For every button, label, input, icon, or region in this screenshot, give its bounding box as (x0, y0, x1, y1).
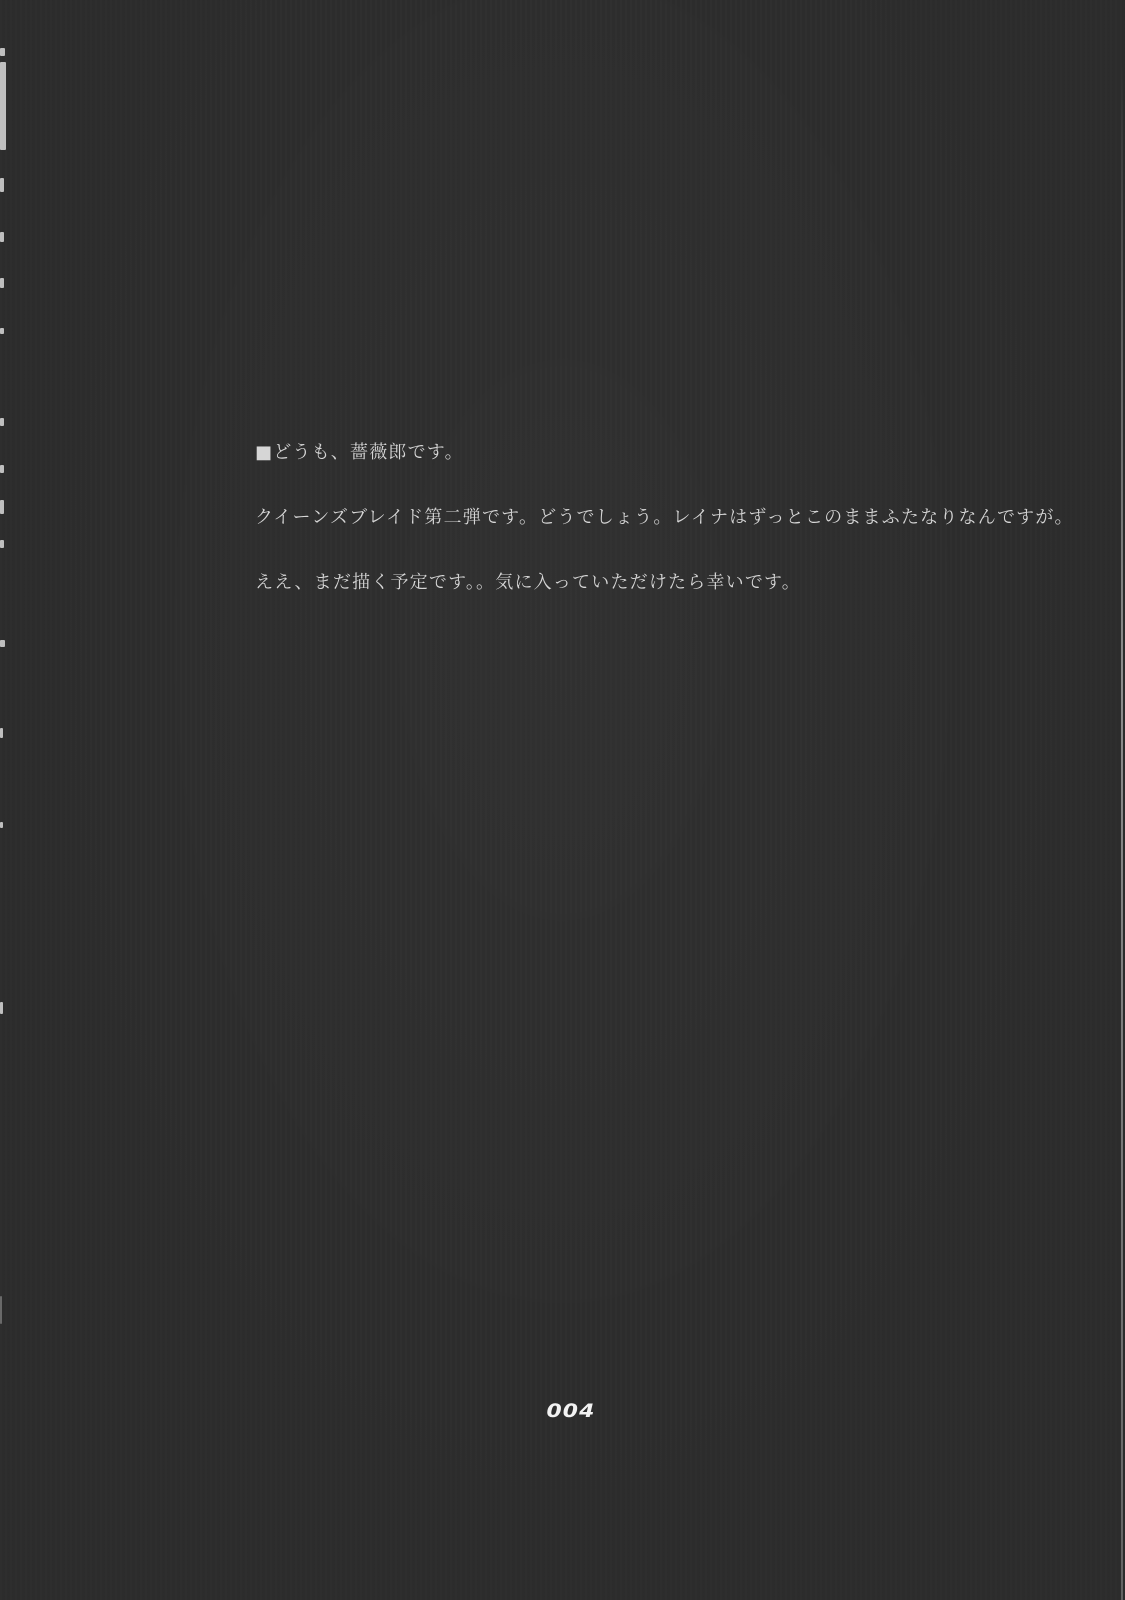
left-edge-bleed-marks (0, 0, 12, 1600)
edge-mark (0, 465, 4, 473)
edge-mark (0, 822, 3, 828)
edge-mark (0, 178, 4, 192)
edge-mark (0, 328, 4, 334)
afterword-line-2: クイーンズブレイド第二弾です。どうでしょう。レイナはずっとこのままふたなりなんで… (255, 509, 1075, 527)
edge-mark (0, 418, 4, 426)
page-number: 004 (537, 1400, 606, 1422)
edge-mark (0, 728, 3, 738)
edge-mark (0, 1296, 2, 1324)
edge-mark (0, 48, 5, 56)
edge-mark (0, 232, 4, 242)
edge-mark (0, 500, 4, 514)
scanned-page: ■どうも、薔薇郎です。 クイーンズブレイド第二弾です。どうでしょう。レイナはずっ… (0, 0, 1125, 1600)
edge-mark (0, 1002, 3, 1014)
edge-mark (0, 62, 6, 150)
edge-mark (0, 278, 4, 288)
afterword-line-3: ええ、まだ描く予定です。。気に入っていただけたら幸いです。 (255, 574, 1075, 592)
afterword-text-block: ■どうも、薔薇郎です。 クイーンズブレイド第二弾です。どうでしょう。レイナはずっ… (255, 440, 1075, 592)
edge-mark (0, 640, 5, 647)
right-edge-strip (1121, 60, 1123, 1600)
edge-mark (0, 540, 4, 548)
afterword-line-greeting: ■どうも、薔薇郎です。 (255, 444, 1075, 462)
